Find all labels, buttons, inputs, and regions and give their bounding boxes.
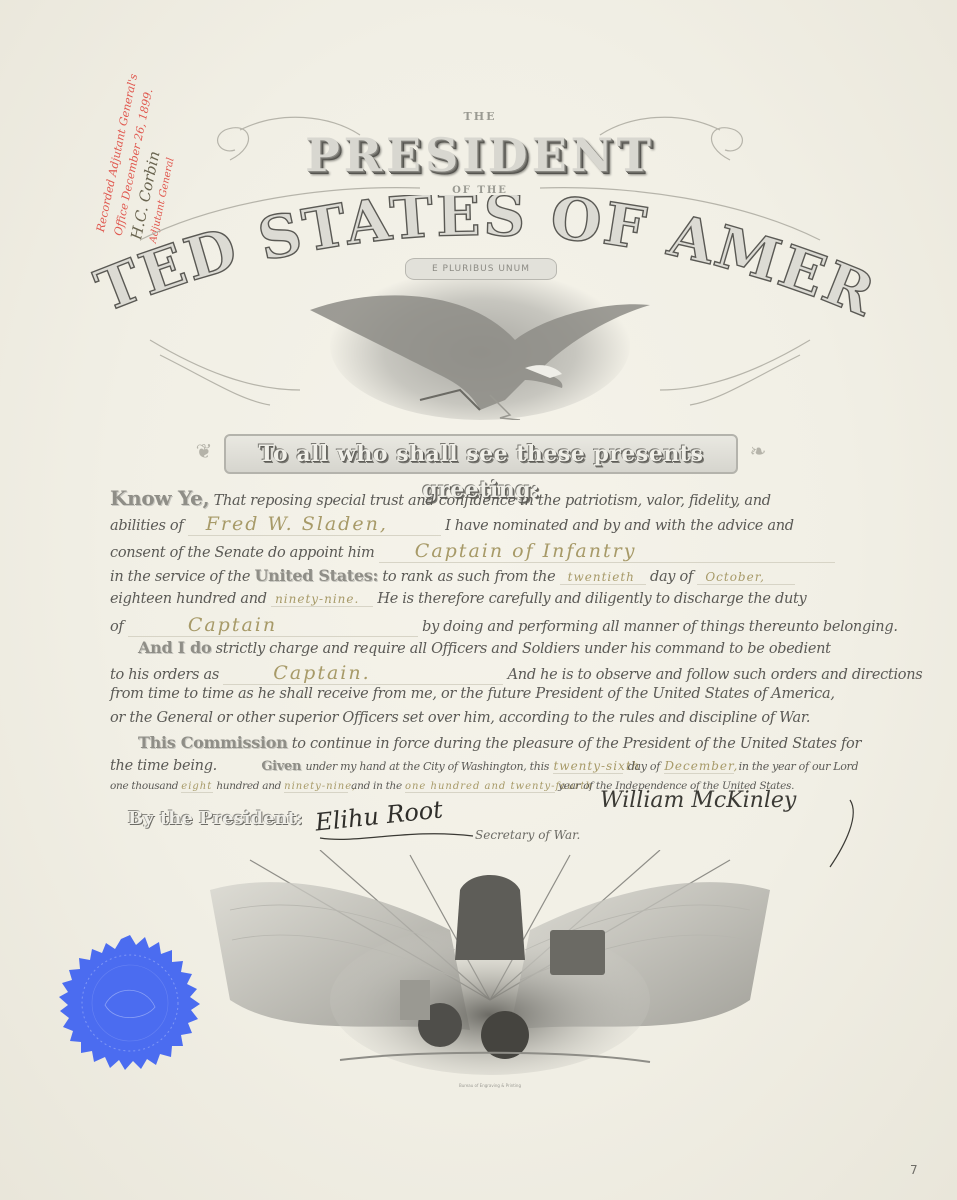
body-line-6: of Captain by doing and performing all m… bbox=[110, 614, 850, 640]
ornament-left-icon: ❦ bbox=[184, 440, 224, 464]
page-number: 7 bbox=[910, 1163, 918, 1177]
motto-ribbon: E PLURIBUS UNUM bbox=[405, 258, 557, 280]
body-line-8: to his orders as Captain. And he is to o… bbox=[110, 662, 850, 688]
president-signature: William McKinley bbox=[600, 788, 796, 813]
by-the-president-label: By the President: bbox=[128, 808, 303, 829]
appointed-rank: Captain of Infantry bbox=[379, 540, 835, 563]
given-century: eight bbox=[181, 781, 213, 793]
secretary-of-war-title: Secretary of War. bbox=[475, 828, 580, 842]
body-line-7: And I do strictly charge and require all… bbox=[110, 638, 850, 664]
blue-seal-icon bbox=[55, 935, 205, 1075]
duty-rank: Captain bbox=[128, 614, 418, 637]
given-month: December, bbox=[664, 759, 734, 774]
title-president: PRESIDENT bbox=[240, 128, 720, 182]
rank-date-month: October, bbox=[697, 570, 795, 585]
know-ye-heading: Know Ye, bbox=[110, 486, 209, 510]
independence-year: one hundred and twenty-fourth bbox=[405, 781, 555, 793]
signature-flourish bbox=[820, 795, 880, 875]
commission-document: Recorded Adjutant General's Office Decem… bbox=[0, 0, 957, 1200]
orders-rank: Captain. bbox=[223, 662, 503, 685]
this-commission-heading: This Commission bbox=[138, 733, 287, 752]
body-line-1: Know Ye, That reposing special trust and… bbox=[110, 486, 850, 512]
rank-date-year: ninety-nine. bbox=[271, 592, 373, 607]
body-line-2: abilities of Fred W. Sladen, I have nomi… bbox=[110, 513, 850, 539]
body-line-9: from time to time as he shall receive fr… bbox=[110, 686, 850, 712]
body-line-4: in the service of the United States: to … bbox=[110, 566, 850, 592]
given-heading: Given bbox=[261, 759, 301, 774]
given-year: ninety-nine, bbox=[284, 781, 348, 793]
rank-date-day: twentieth bbox=[560, 570, 646, 585]
given-day: twenty-sixth bbox=[553, 759, 623, 774]
body-line-11: This Commission to continue in force dur… bbox=[110, 733, 850, 759]
greeting-banner: To all who shall see these presents gree… bbox=[224, 434, 738, 474]
united-states-heading: United States: bbox=[255, 566, 379, 585]
body-line-3: consent of the Senate do appoint him Cap… bbox=[110, 540, 850, 566]
military-trophy-vignette bbox=[170, 850, 810, 1080]
ornament-right-icon: ❧ bbox=[738, 440, 778, 464]
eagle-icon bbox=[300, 280, 660, 420]
title-the: THE bbox=[420, 110, 540, 123]
engraver-credit: Bureau of Engraving & Printing bbox=[430, 1083, 550, 1088]
appointee-name: Fred W. Sladen, bbox=[188, 513, 441, 536]
and-i-do-heading: And I do bbox=[138, 638, 211, 657]
signature-underline bbox=[318, 826, 478, 846]
